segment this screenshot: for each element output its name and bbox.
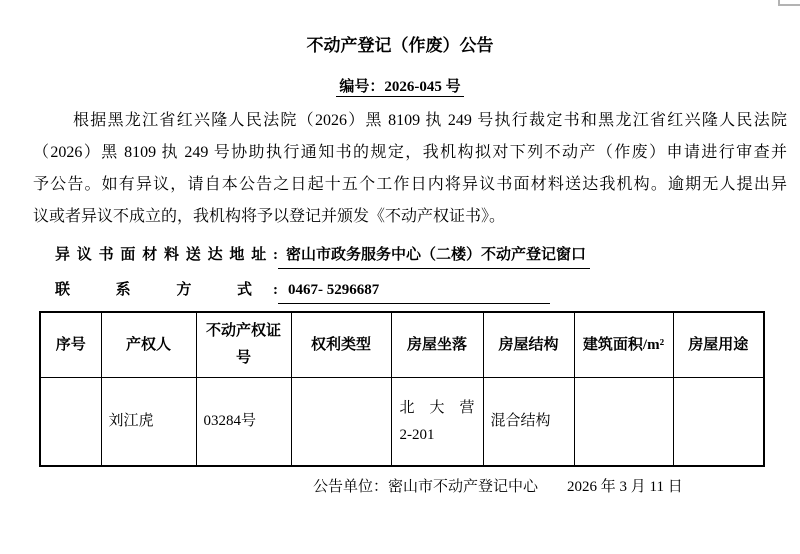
paragraph-line-4: 议或者异议不成立的，我机构将予以登记并颁发《不动产权证书》。 <box>33 201 787 233</box>
cell-right-type <box>291 378 391 467</box>
header-area: 建筑面积/m² <box>574 312 673 378</box>
header-structure: 房屋结构 <box>483 312 574 378</box>
notice-paragraph: 根据黑龙江省红兴隆人民法院（2026）黑 8109 执 249 号执行裁定书和黑… <box>33 105 787 233</box>
announcement-document: 不动产登记（作废）公告 编号：2026-045 号 根据黑龙江省红兴隆人民法院（… <box>0 0 800 554</box>
doc-number-line: 编号：2026-045 号 <box>0 76 800 98</box>
header-cert-no: 不动产权证号 <box>196 312 291 378</box>
contact-label: 联 系 方 式: <box>55 280 278 301</box>
contact-line: 联 系 方 式:0467- 5296687 <box>55 280 800 304</box>
issuer: 公告单位：密山市不动产登记中心 <box>313 479 538 495</box>
page-title: 不动产登记（作废）公告 <box>0 34 800 57</box>
cell-usage <box>673 378 764 467</box>
header-seq: 序号 <box>40 312 101 378</box>
table-header-row: 序号 产权人 不动产权证号 权利类型 房屋坐落 房屋结构 建筑面积/m² 房屋用… <box>40 312 764 378</box>
contact-value: 0467- 5296687 <box>278 280 550 304</box>
address-line: 异议书面材料送达地址:密山市政务服务中心（二楼）不动产登记窗口 <box>55 245 800 269</box>
doc-number: 编号：2026-045 号 <box>336 79 463 97</box>
paragraph-line-1: 根据黑龙江省红兴隆人民法院（2026）黑 8109 执 249 号执行裁定书和黑… <box>33 105 787 137</box>
header-location: 房屋坐落 <box>391 312 483 378</box>
table-row: 刘江虎 03284号 北 大 营 2-201 混合结构 <box>40 378 764 467</box>
footer-line: 公告单位：密山市不动产登记中心2026 年 3 月 11 日 <box>313 477 800 497</box>
announcement-date: 2026 年 3 月 11 日 <box>567 479 683 495</box>
address-value: 密山市政务服务中心（二楼）不动产登记窗口 <box>278 245 590 269</box>
cell-location: 北 大 营 2-201 <box>391 378 483 467</box>
property-table: 序号 产权人 不动产权证号 权利类型 房屋坐落 房屋结构 建筑面积/m² 房屋用… <box>39 311 765 467</box>
location-line-2: 2-201 <box>400 422 475 449</box>
window-corner-artifact-horizontal <box>778 4 800 6</box>
cell-owner: 刘江虎 <box>101 378 196 467</box>
paragraph-line-3: 予公告。如有异议，请自本公告之日起十五个工作日内将异议书面材料送达我机构。逾期无… <box>33 169 787 201</box>
cell-cert-no: 03284号 <box>196 378 291 467</box>
cell-seq <box>40 378 101 467</box>
header-usage: 房屋用途 <box>673 312 764 378</box>
location-line-1: 北 大 营 <box>400 395 475 422</box>
header-owner: 产权人 <box>101 312 196 378</box>
cell-area <box>574 378 673 467</box>
window-corner-artifact-vertical <box>778 0 780 6</box>
address-label: 异议书面材料送达地址: <box>55 245 278 266</box>
paragraph-line-2: （2026）黑 8109 执 249 号协助执行通知书的规定，我机构拟对下列不动… <box>33 137 787 169</box>
cell-structure: 混合结构 <box>483 378 574 467</box>
header-right-type: 权利类型 <box>291 312 391 378</box>
